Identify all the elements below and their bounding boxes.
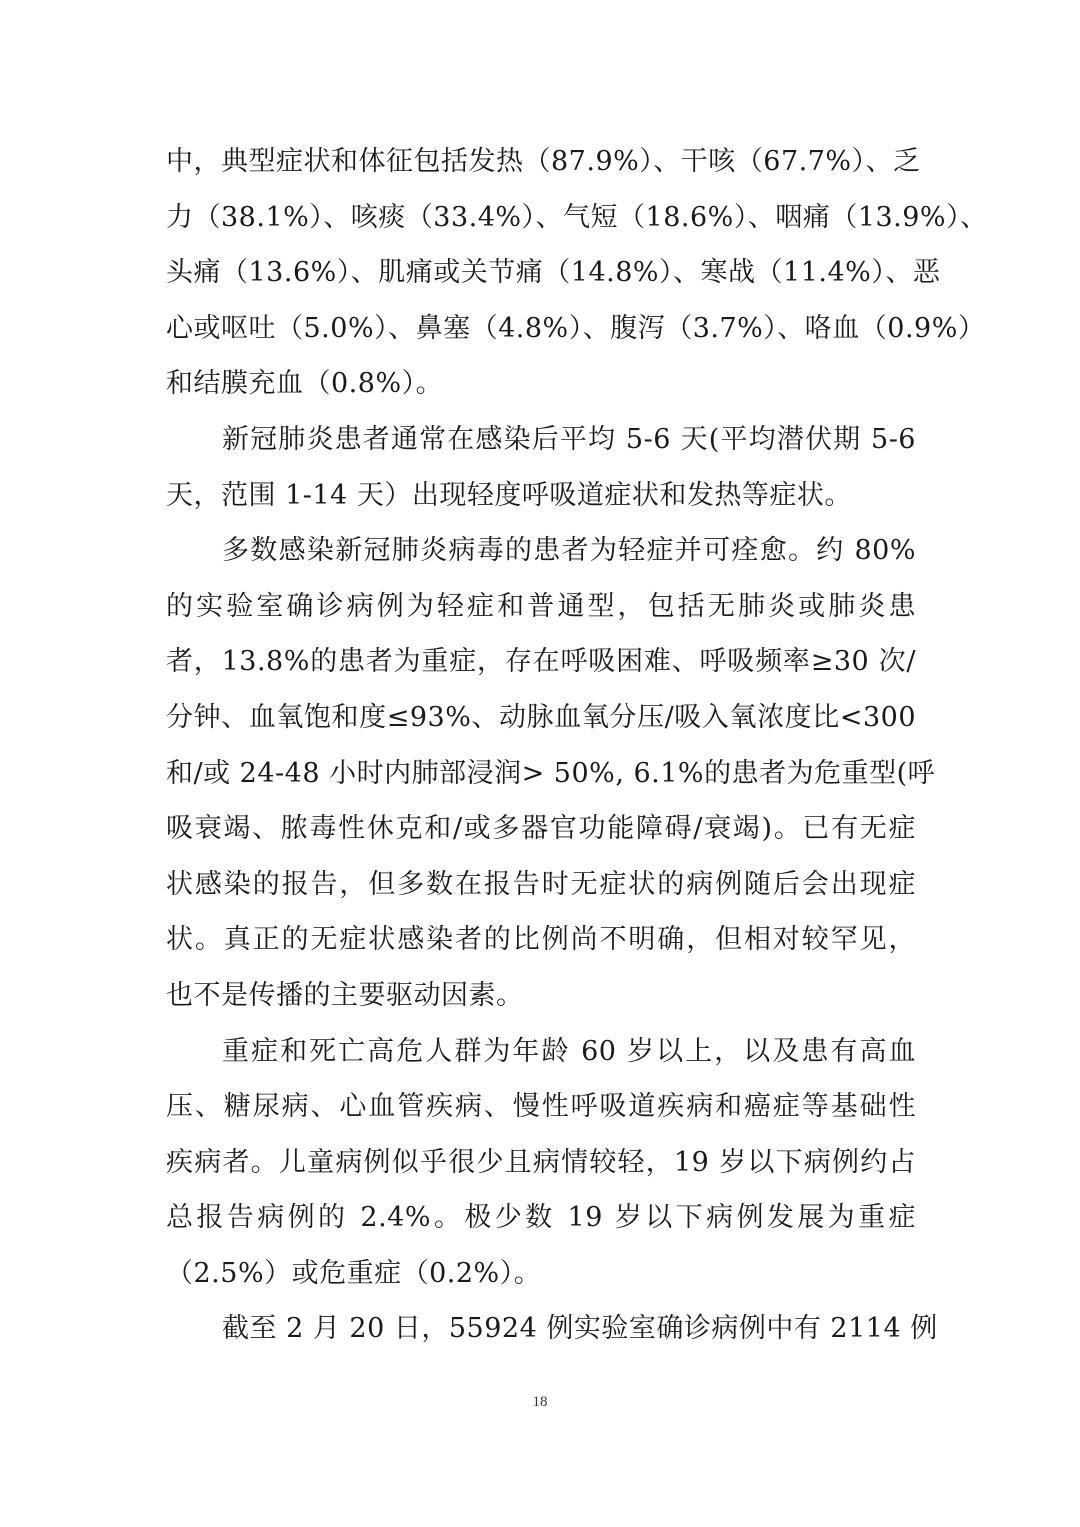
text-line: 吸衰竭、脓毒性休克和/或多器官功能障碍/衰竭)。已有无症: [166, 801, 916, 857]
text-line: 总报告病例的 2.4%。极少数 19 岁以下病例发展为重症: [166, 1190, 916, 1246]
text-line: 和结膜充血（0.8%）。: [166, 356, 916, 412]
paragraph-risk-groups: 重症和死亡高危人群为年龄 60 岁以上，以及患有高血 压、糖尿病、心血管疾病、慢…: [166, 1024, 916, 1302]
text-line: 中，典型症状和体征包括发热（87.9%）、干咳（67.7%）、乏: [166, 134, 916, 190]
text-line: 分钟、血氧饱和度≤93%、动脉血氧分压/吸入氧浓度比<300: [166, 690, 916, 746]
text-line: 力（38.1%）、咳痰（33.4%）、气短（18.6%）、咽痛（13.9%）、: [166, 190, 916, 246]
paragraph-symptoms: 中，典型症状和体征包括发热（87.9%）、干咳（67.7%）、乏 力（38.1%…: [166, 134, 916, 412]
paragraph-severity: 多数感染新冠肺炎病毒的患者为轻症并可痊愈。约 80% 的实验室确诊病例为轻症和普…: [166, 523, 916, 1023]
text-line: 者，13.8%的患者为重症，存在呼吸困难、呼吸频率≥30 次/: [166, 634, 916, 690]
text-line: 多数感染新冠肺炎病毒的患者为轻症并可痊愈。约 80%: [166, 523, 916, 579]
text-line: 截至 2 月 20 日，55924 例实验室确诊病例中有 2114 例: [166, 1301, 916, 1357]
document-page: 中，典型症状和体征包括发热（87.9%）、干咳（67.7%）、乏 力（38.1%…: [166, 134, 916, 1357]
text-line: 重症和死亡高危人群为年龄 60 岁以上，以及患有高血: [166, 1024, 916, 1080]
paragraph-deaths: 截至 2 月 20 日，55924 例实验室确诊病例中有 2114 例: [166, 1301, 916, 1357]
text-line: 和/或 24-48 小时内肺部浸润> 50%, 6.1%的患者为危重型(呼: [166, 746, 916, 802]
paragraph-incubation: 新冠肺炎患者通常在感染后平均 5-6 天(平均潜伏期 5-6 天，范围 1-14…: [166, 412, 916, 523]
text-line: 疾病者。儿童病例似乎很少且病情较轻，19 岁以下病例约占: [166, 1135, 916, 1191]
text-line: 也不是传播的主要驱动因素。: [166, 968, 916, 1024]
page-number: 18: [0, 1394, 1080, 1411]
text-line: 状。真正的无症状感染者的比例尚不明确，但相对较罕见，: [166, 912, 916, 968]
text-line: 的实验室确诊病例为轻症和普通型，包括无肺炎或肺炎患: [166, 579, 916, 635]
text-line: 天，范围 1-14 天）出现轻度呼吸道症状和发热等症状。: [166, 468, 916, 524]
text-line: 头痛（13.6%）、肌痛或关节痛（14.8%）、寒战（11.4%）、恶: [166, 245, 916, 301]
text-line: （2.5%）或危重症（0.2%）。: [166, 1246, 916, 1302]
text-line: 压、糖尿病、心血管疾病、慢性呼吸道疾病和癌症等基础性: [166, 1079, 916, 1135]
text-line: 状感染的报告，但多数在报告时无症状的病例随后会出现症: [166, 857, 916, 913]
text-line: 新冠肺炎患者通常在感染后平均 5-6 天(平均潜伏期 5-6: [166, 412, 916, 468]
text-line: 心或呕吐（5.0%）、鼻塞（4.8%）、腹泻（3.7%）、咯血（0.9%）: [166, 301, 916, 357]
